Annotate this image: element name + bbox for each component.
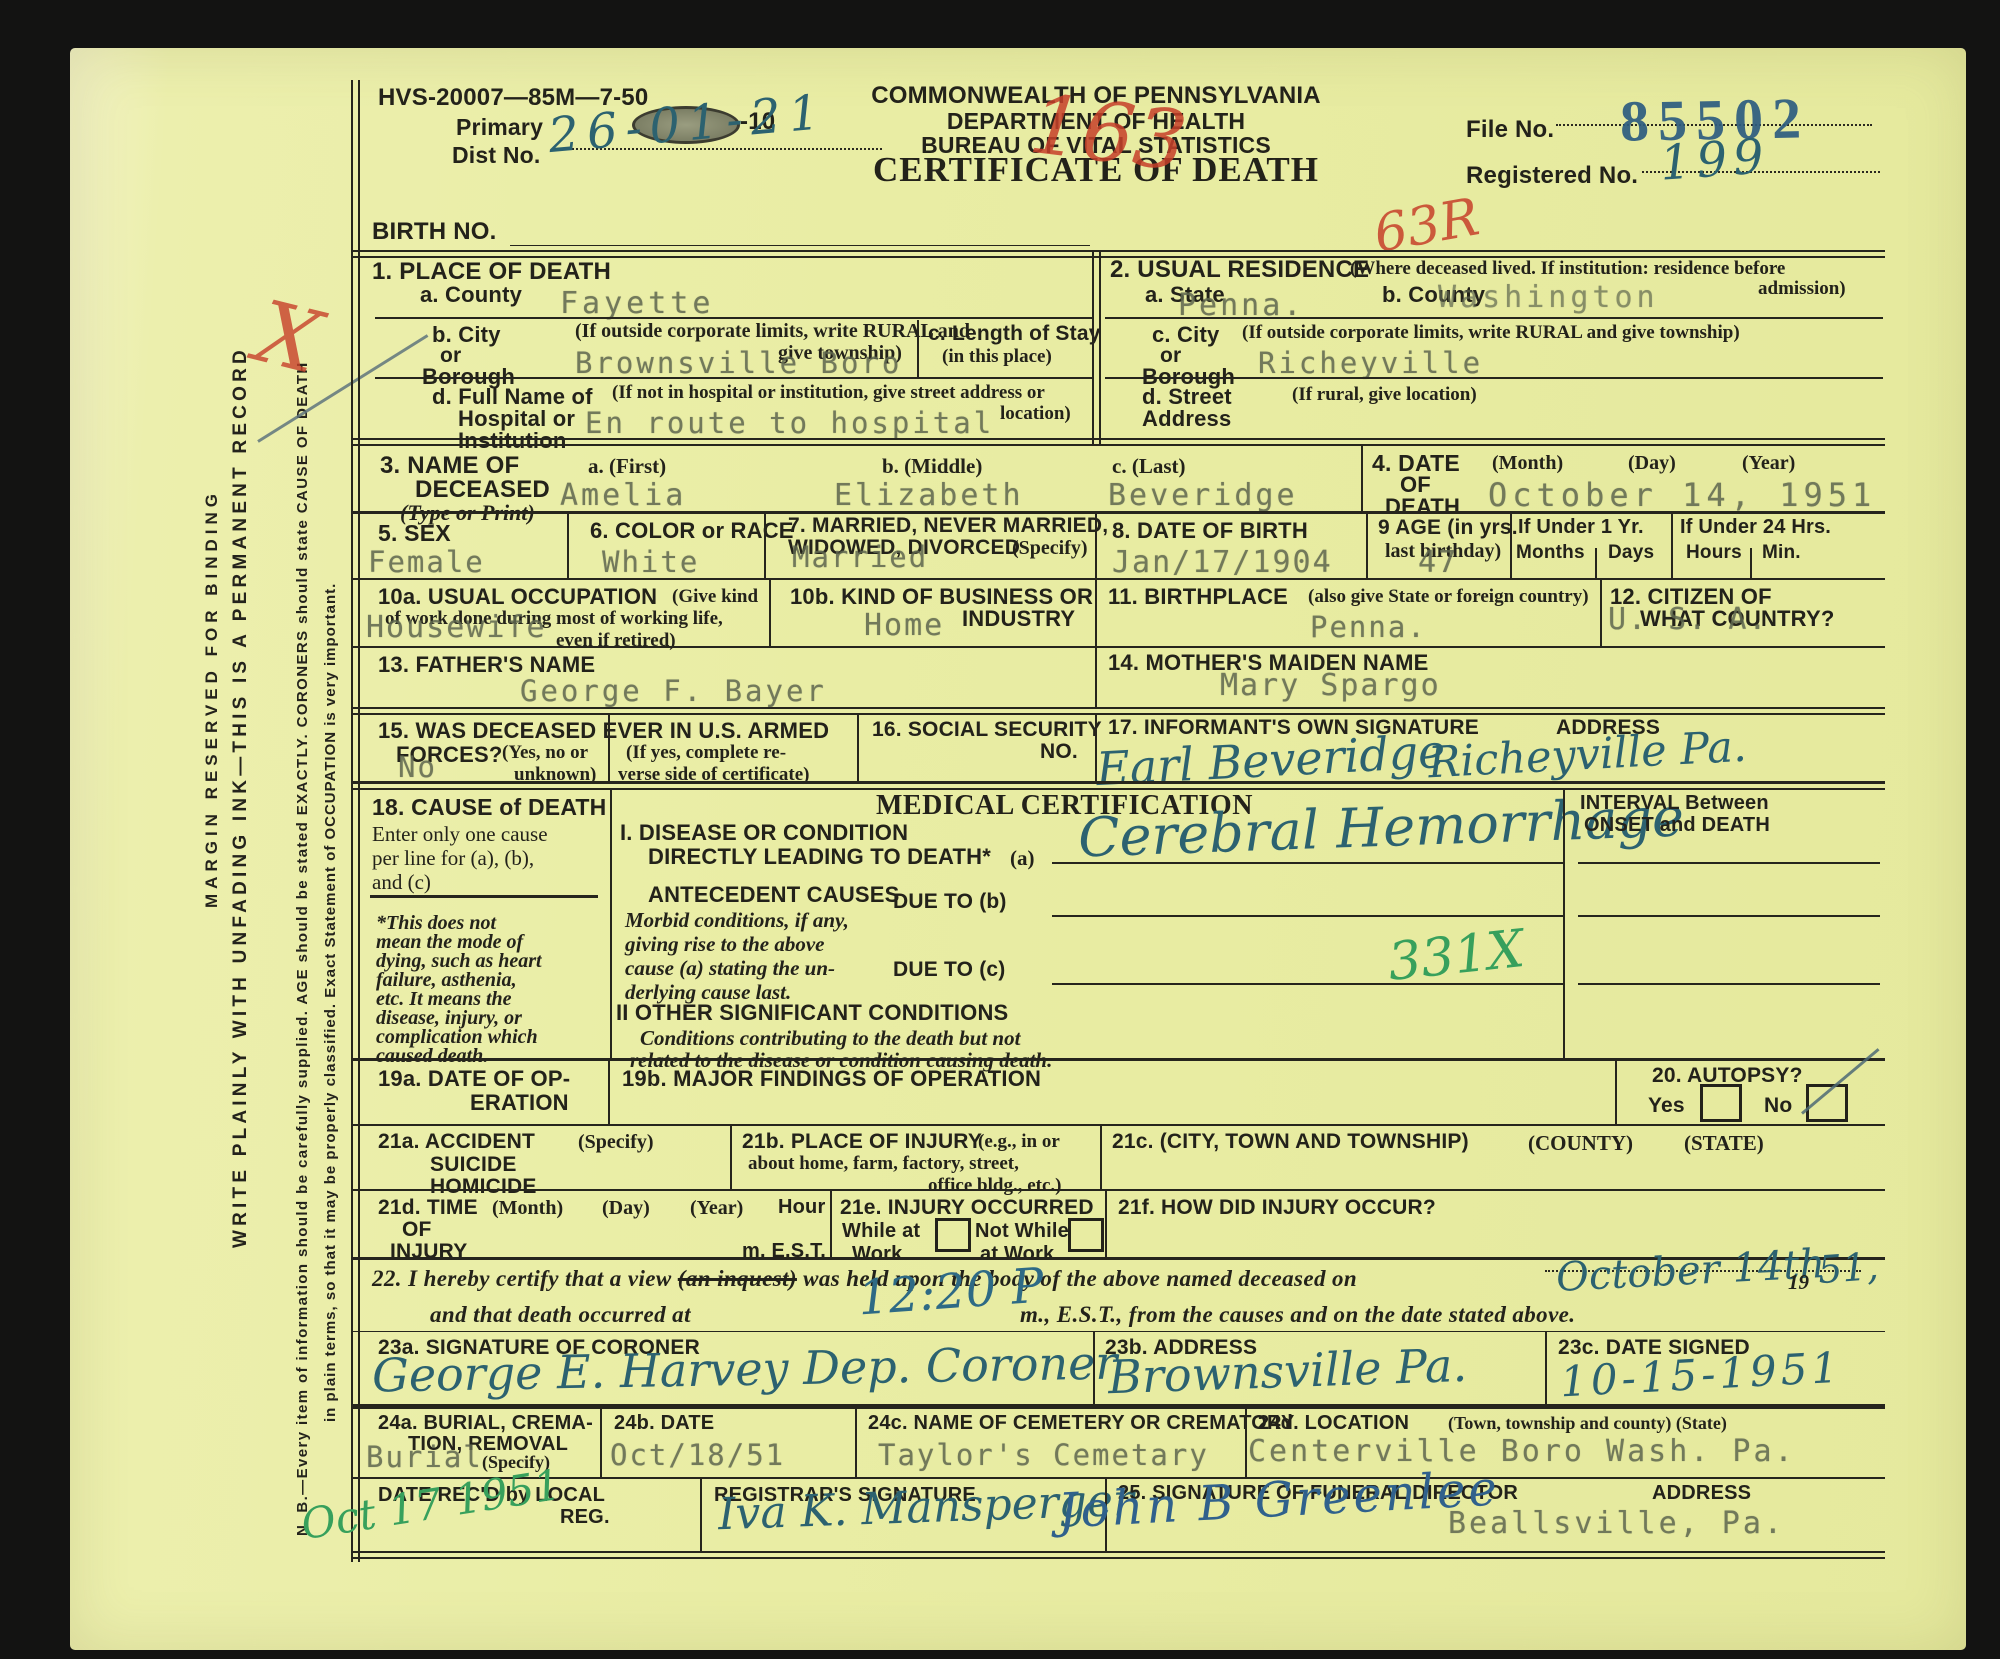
s1c-label: c. Length of Stay	[928, 322, 1101, 346]
s1d-label3: Institution	[458, 428, 567, 454]
s4-year-label: (Year)	[1742, 452, 1795, 475]
s3c-value: Beveridge	[1108, 478, 1298, 513]
s21d-label1: 21d. TIME	[378, 1196, 478, 1220]
s1a-line	[375, 317, 1092, 319]
s24b-label: 24b. DATE	[614, 1412, 714, 1435]
s10b-value: Home	[864, 608, 944, 643]
rule-s13	[352, 646, 1885, 648]
interval-label2: ONSET and DEATH	[1584, 814, 1770, 837]
s3a-label: a. (First)	[588, 454, 666, 479]
s21e-label: 21e. INJURY OCCURRED	[840, 1196, 1094, 1220]
medical-a-line	[1052, 862, 1563, 864]
medical-due-b-label: DUE TO (b)	[893, 890, 1007, 914]
s13-value: George F. Bayer	[520, 674, 827, 708]
margin-rule	[358, 80, 360, 1562]
medical-other-label: II OTHER SIGNIFICANT CONDITIONS	[616, 1000, 1008, 1026]
s24c-label: 24c. NAME OF CEMETERY OR CREMATORY	[868, 1412, 1295, 1435]
s21e-while-checkbox	[935, 1218, 971, 1252]
s10a-value: Housewife	[366, 610, 547, 645]
s9-months-label: Months	[1516, 542, 1585, 564]
rule-s21	[352, 1124, 1885, 1126]
rule-s24-heavy	[352, 1404, 1885, 1409]
s24a-label1: 24a. BURIAL, CREMA-	[378, 1412, 593, 1435]
s21f-label: 21f. HOW DID INJURY OCCUR?	[1118, 1196, 1436, 1220]
s21c-state-label: (STATE)	[1684, 1131, 1764, 1156]
medical-morbid3: cause (a) stating the un-	[625, 956, 835, 981]
s5-s6-divider	[567, 511, 569, 578]
s21c-county-label: (COUNTY)	[1528, 1131, 1633, 1156]
margin-nb-text-line1: N. B.—Every item of information should b…	[294, 361, 311, 1536]
s24d-note: (Town, township and county) (State)	[1448, 1413, 1727, 1434]
s1d-value: En route to hospital	[585, 406, 994, 440]
s1b-line	[375, 377, 1092, 379]
s8-s9-divider	[1366, 511, 1368, 578]
s21a-label1: 21a. ACCIDENT	[378, 1130, 535, 1154]
s22-inquest-struck: (an inquest)	[678, 1266, 797, 1291]
s9-u1-label: If Under 1 Yr.	[1518, 516, 1644, 539]
scanned-death-certificate: MARGIN RESERVED FOR BINDING WRITE PLAINL…	[0, 0, 2000, 1659]
s21d-label2: OF	[402, 1218, 432, 1242]
s2-note2: admission)	[1758, 278, 1846, 300]
s1b-value: Brownsville Boro	[575, 346, 902, 380]
s21c-label: 21c. (CITY, TOWN AND TOWNSHIP)	[1112, 1130, 1469, 1154]
s24b-value: Oct/18/51	[610, 1438, 785, 1472]
s2c-line	[1105, 377, 1883, 379]
s9-days-label: Days	[1608, 542, 1654, 564]
s1-s2-divider-1	[1092, 250, 1094, 444]
s18-inner-rule	[370, 895, 598, 898]
s21d-hour-label: Hour	[778, 1196, 825, 1219]
s4-day-label: (Day)	[1628, 452, 1676, 475]
s15-inner-divider	[608, 713, 610, 781]
s1d-note2: location)	[1000, 403, 1071, 425]
s4-month-label: (Month)	[1492, 452, 1563, 475]
primary-dist-label2: Dist No.	[452, 142, 541, 169]
s21b-note1: (e.g., in or	[978, 1131, 1060, 1153]
s6-s7-divider	[764, 511, 766, 578]
registered-no-label: Registered No.	[1466, 162, 1638, 190]
s20-no-label: No	[1764, 1094, 1792, 1118]
s24b-s24c-divider	[855, 1409, 857, 1477]
s10b-label2: INDUSTRY	[962, 606, 1075, 632]
s20-yes-label: Yes	[1648, 1094, 1685, 1118]
s22-certify-line2b: m., E.S.T., from the causes and on the d…	[1020, 1302, 1575, 1328]
s10a-note1: (Give kind	[672, 586, 758, 608]
s21e-not1: Not While	[975, 1220, 1069, 1243]
interval-line3	[1578, 983, 1880, 985]
medical-due-c-label: DUE TO (c)	[893, 958, 1005, 982]
primary-dist-label1: Primary	[456, 114, 543, 141]
medical-antecedent-label: ANTECEDENT CAUSES	[648, 882, 900, 908]
s22-printed-19: 19	[1788, 1270, 1809, 1295]
s18-note8: caused death.	[376, 1045, 488, 1068]
s7-label1: 7. MARRIED, NEVER MARRIED,	[788, 514, 1108, 538]
s22-year-handwritten: 51,	[1817, 1244, 1880, 1292]
rule-s10	[352, 578, 1885, 580]
rule-s15-double-2	[352, 713, 1885, 715]
s9-label1: 9 AGE (in yrs.	[1378, 516, 1518, 540]
rule-s19	[352, 1058, 1885, 1061]
medical-disease-label1: I. DISEASE OR CONDITION	[620, 820, 908, 846]
s8-value: Jan/17/1904	[1112, 545, 1333, 580]
s18-left-divider	[610, 788, 612, 1058]
s3c-label: c. (Last)	[1112, 454, 1185, 479]
medical-morbid2: giving rise to the above	[625, 932, 824, 957]
s24a-s24b-divider	[600, 1409, 602, 1477]
s5-value: Female	[368, 545, 485, 579]
s20-yes-checkbox	[1700, 1084, 1742, 1122]
birth-no-label: BIRTH NO.	[372, 218, 496, 246]
s4-value: October 14, 1951	[1488, 476, 1876, 514]
s9-u24-label: If Under 24 Hrs.	[1680, 516, 1831, 539]
s14-value: Mary Spargo	[1220, 668, 1441, 703]
s1b-note1: (If outside corporate limits, write RURA…	[575, 320, 970, 343]
medical-morbid1: Morbid conditions, if any,	[625, 908, 849, 933]
s21d-year-label: (Year)	[690, 1197, 743, 1220]
s9-months-days-tick	[1595, 548, 1597, 578]
interval-line1	[1578, 862, 1880, 864]
margin-binding-text: MARGIN RESERVED FOR BINDING	[202, 489, 222, 908]
s21d-label3: INJURY	[390, 1240, 467, 1264]
s21b-note2: about home, farm, factory, street,	[748, 1153, 1019, 1175]
medical-a-label: (a)	[1010, 846, 1035, 871]
s3-s4-divider	[1361, 444, 1363, 511]
s19a-s19b-divider	[608, 1061, 610, 1124]
s15-label1: 15. WAS DECEASED EVER IN U.S. ARMED	[378, 718, 829, 744]
s6-value: White	[602, 545, 699, 579]
s12-value: U. S. A.	[1608, 602, 1769, 637]
s10b-s11-divider	[1095, 578, 1097, 646]
s1d-note1: (If not in hospital or institution, give…	[612, 382, 1045, 404]
rule-s21d	[352, 1189, 1885, 1191]
s21d-month-label: (Month)	[492, 1197, 563, 1220]
s21b-s21c-divider	[1100, 1124, 1102, 1189]
s11-label: 11. BIRTHPLACE	[1108, 584, 1288, 610]
s2a-line	[1105, 317, 1883, 319]
s10a-s10b-divider	[769, 578, 771, 646]
s2d-label2: Address	[1142, 406, 1231, 432]
s21e-while2: Work	[852, 1243, 902, 1266]
interval-line2	[1578, 915, 1880, 917]
s18-enter1: Enter only one cause	[372, 822, 548, 847]
s23a-s23b-divider	[1093, 1331, 1095, 1404]
s7-value: Married	[792, 540, 928, 574]
s9-hours-min-tick	[1750, 548, 1752, 578]
s2-note1: (Where deceased lived. If institution: r…	[1350, 258, 1785, 280]
rule-bottom-double-2	[352, 1557, 1885, 1559]
s15-s16-divider	[857, 713, 859, 781]
rule-bottom-double-1	[352, 1551, 1885, 1553]
s19b-s20-divider	[1615, 1061, 1617, 1124]
file-no-label: File No.	[1466, 116, 1554, 144]
s21b-label: 21b. PLACE OF INJURY	[742, 1130, 982, 1154]
medical-interval-divider	[1563, 788, 1565, 1058]
s1c-note: (in this place)	[942, 346, 1052, 368]
s1a-value: Fayette	[560, 286, 714, 321]
s21d-s21e-divider	[830, 1189, 832, 1257]
margin-nb-text-line2: in plain terms, so that it may be proper…	[322, 583, 339, 1422]
s2b-value: Washington	[1438, 280, 1659, 315]
s18-label: 18. CAUSE of DEATH	[372, 794, 606, 821]
s11-note: (also give State or foreign country)	[1308, 586, 1589, 608]
rule-s3-double-2	[352, 444, 1885, 446]
date-recd-label2: REG.	[560, 1506, 610, 1529]
s15-value: No	[398, 750, 437, 784]
s21a-label2: SUICIDE	[430, 1153, 517, 1177]
s24c-value: Taylor's Cemetary	[878, 1438, 1209, 1472]
rule-s5	[352, 511, 1885, 514]
s22-text1: 22. I hereby certify that a view	[372, 1266, 678, 1291]
s13-s14-divider	[1095, 646, 1097, 707]
birth-no-line	[510, 245, 1090, 246]
s3b-value: Elizabeth	[834, 478, 1024, 513]
s15-note1a: (Yes, no or	[502, 742, 588, 764]
s2-title: 2. USUAL RESIDENCE	[1110, 256, 1369, 284]
s9-value: 47	[1418, 545, 1458, 580]
s2c-note: (If outside corporate limits, write RURA…	[1242, 322, 1740, 344]
s21e-notwhile-checkbox	[1068, 1218, 1104, 1252]
s8-label: 8. DATE OF BIRTH	[1112, 518, 1308, 544]
rule-top-double-1	[352, 250, 1885, 252]
s11-value: Penna.	[1310, 610, 1427, 644]
margin-rule	[351, 80, 353, 1562]
s16-label1: 16. SOCIAL SECURITY	[872, 718, 1102, 742]
s24d-label: 24d. LOCATION	[1258, 1412, 1409, 1435]
red-163-annotation: 163	[1025, 77, 1192, 190]
s11-s12-divider	[1600, 578, 1602, 646]
s7-label3: (Specify)	[1012, 537, 1088, 560]
s18-enter3: and (c)	[372, 870, 431, 895]
margin-write-plainly-text: WRITE PLAINLY WITH UNFADING INK—THIS IS …	[230, 346, 252, 1248]
s2d-note: (If rural, give location)	[1292, 384, 1477, 406]
s21d-day-label: (Day)	[602, 1197, 650, 1220]
s19b-label: 19b. MAJOR FINDINGS OF OPERATION	[622, 1066, 1041, 1092]
s21e-s21f-divider	[1105, 1189, 1107, 1257]
rule-s3-double-1	[352, 438, 1885, 440]
recd-registrar-divider	[700, 1477, 702, 1551]
medical-disease-label2: DIRECTLY LEADING TO DEATH*	[648, 844, 991, 870]
interval-label1: INTERVAL Between	[1580, 792, 1769, 815]
s1-s2-divider-2	[1099, 250, 1101, 444]
s25-address-value: Beallsville, Pa.	[1448, 1506, 1785, 1541]
s10a-note3: even if retired)	[556, 630, 676, 652]
registered-no-value: 199	[1658, 128, 1771, 192]
s1a-label: a. County	[420, 282, 522, 308]
s23b-s23c-divider	[1545, 1331, 1547, 1404]
s3a-value: Amelia	[560, 478, 686, 513]
s24d-value: Centerville Boro Wash. Pa.	[1248, 1434, 1796, 1469]
s22-certify-line2a: and that death occurred at	[430, 1302, 691, 1328]
s19a-label2: ERATION	[470, 1090, 569, 1116]
s5-label: 5. SEX	[378, 520, 451, 547]
rule-s23	[352, 1331, 1885, 1332]
s21b-note3: office bldg., etc.)	[928, 1175, 1061, 1197]
s1c-divider	[917, 320, 919, 378]
s9-min-label: Min.	[1762, 542, 1801, 564]
s21a-specify-label: (Specify)	[578, 1131, 654, 1154]
s9-u1-divider	[1510, 511, 1512, 578]
s25-address-label: ADDRESS	[1652, 1482, 1751, 1505]
s18-enter2: per line for (a), (b),	[372, 846, 534, 871]
s3b-label: b. (Middle)	[882, 454, 982, 479]
s15-note2a: (If yes, complete re-	[626, 742, 786, 764]
s21a-s21b-divider	[730, 1124, 732, 1189]
s7-s8-divider	[1095, 511, 1097, 578]
s16-label2: NO.	[1040, 740, 1078, 764]
medical-c-line	[1052, 983, 1563, 985]
s24c-s24d-divider	[1245, 1409, 1247, 1477]
s10a-label: 10a. USUAL OCCUPATION	[378, 584, 657, 610]
s19a-label1: 19a. DATE OF OP-	[378, 1066, 570, 1092]
s21e-while1: While at	[842, 1220, 920, 1243]
s24a-value: Burial	[366, 1440, 483, 1474]
rule-s15-double-1	[352, 707, 1885, 709]
s9-hours-label: Hours	[1686, 542, 1742, 564]
s9-u24-divider	[1671, 511, 1673, 578]
medical-b-line	[1052, 915, 1563, 917]
s2c-value: Richeyville	[1258, 346, 1483, 380]
rule-s18-double-1	[352, 781, 1885, 784]
